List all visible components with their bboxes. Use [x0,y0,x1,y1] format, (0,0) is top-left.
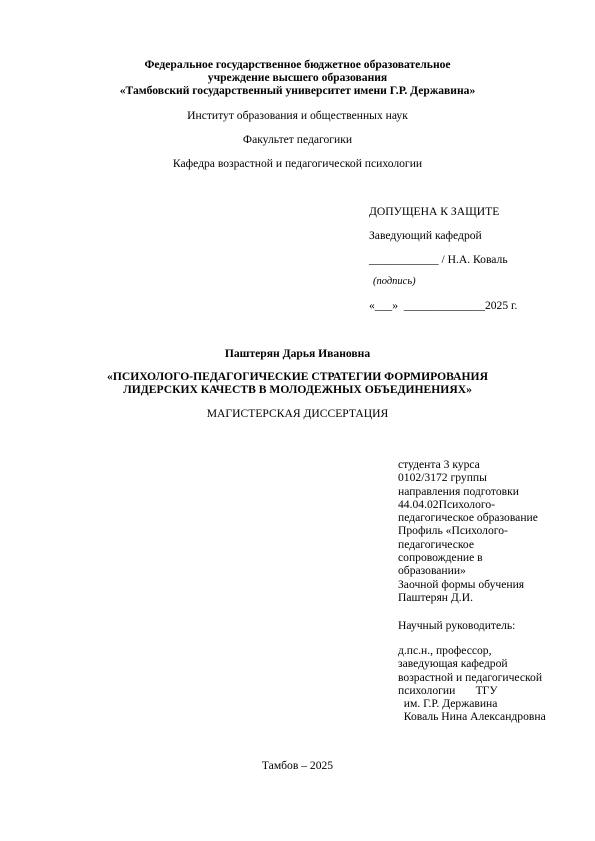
student-info-line: 0102/3172 группы [398,471,538,484]
institute: Институт образования и общественных наук [0,109,595,122]
thesis-title-line: «ПСИХОЛОГО-ПЕДАГОГИЧЕСКИЕ СТРАТЕГИИ ФОРМ… [0,370,595,383]
student-info-line: Заочной формы обучения [398,578,538,591]
thesis-title: «ПСИХОЛОГО-ПЕДАГОГИЧЕСКИЕ СТРАТЕГИИ ФОРМ… [0,370,595,396]
supervisor-info: д.пс.н., профессор, заведующая кафедрой … [398,644,546,724]
university-header: Федеральное государственное бюджетное об… [0,58,595,97]
footer-city-year: Тамбов – 2025 [0,759,595,772]
author-name: Паштерян Дарья Ивановна [0,347,595,360]
faculty: Факультет педагогики [0,133,595,146]
department: Кафедра возрастной и педагогической псих… [0,157,595,170]
supervisor-line: Коваль Нина Александровна [398,710,546,723]
header-line: Федеральное государственное бюджетное об… [0,58,595,71]
supervisor-line: им. Г.Р. Державина [398,697,546,710]
supervisor-line: возрастной и педагогической [398,671,546,684]
thesis-title-line: ЛИДЕРСКИХ КАЧЕСТВ В МОЛОДЕЖНЫХ ОБЪЕДИНЕН… [0,383,595,396]
student-info-line: студента 3 курса [398,458,538,471]
student-info-line: 44.04.02Психолого- [398,498,538,511]
student-info-line: сопровождение в [398,551,538,564]
header-line: учреждение высшего образования [0,71,595,84]
student-info: студента 3 курса 0102/3172 группы направ… [398,458,538,604]
approval-signature-hint: (подпись) [373,276,416,287]
student-info-line: педагогическое образование [398,511,538,524]
student-info-line: педагогическое [398,538,538,551]
approval-title: ДОПУЩЕНА К ЗАЩИТЕ [369,205,499,218]
supervisor-line: д.пс.н., профессор, [398,644,546,657]
approval-signature-line: ____________ / Н.А. Коваль [369,253,508,266]
student-info-line: образовании» [398,564,538,577]
supervisor-line: заведующая кафедрой [398,657,546,670]
student-info-line: направления подготовки [398,485,538,498]
supervisor-line: психологии ТГУ [398,684,546,697]
approval-head-label: Заведующий кафедрой [369,229,482,242]
supervisor-label: Научный руководитель: [398,619,515,632]
work-type: МАГИСТЕРСКАЯ ДИССЕРТАЦИЯ [0,407,595,420]
approval-date-line: «___» ______________2025 г. [369,299,517,312]
student-info-line: Профиль «Психолого- [398,524,538,537]
student-info-line: Паштерян Д.И. [398,591,538,604]
header-line: «Тамбовский государственный университет … [0,84,595,97]
